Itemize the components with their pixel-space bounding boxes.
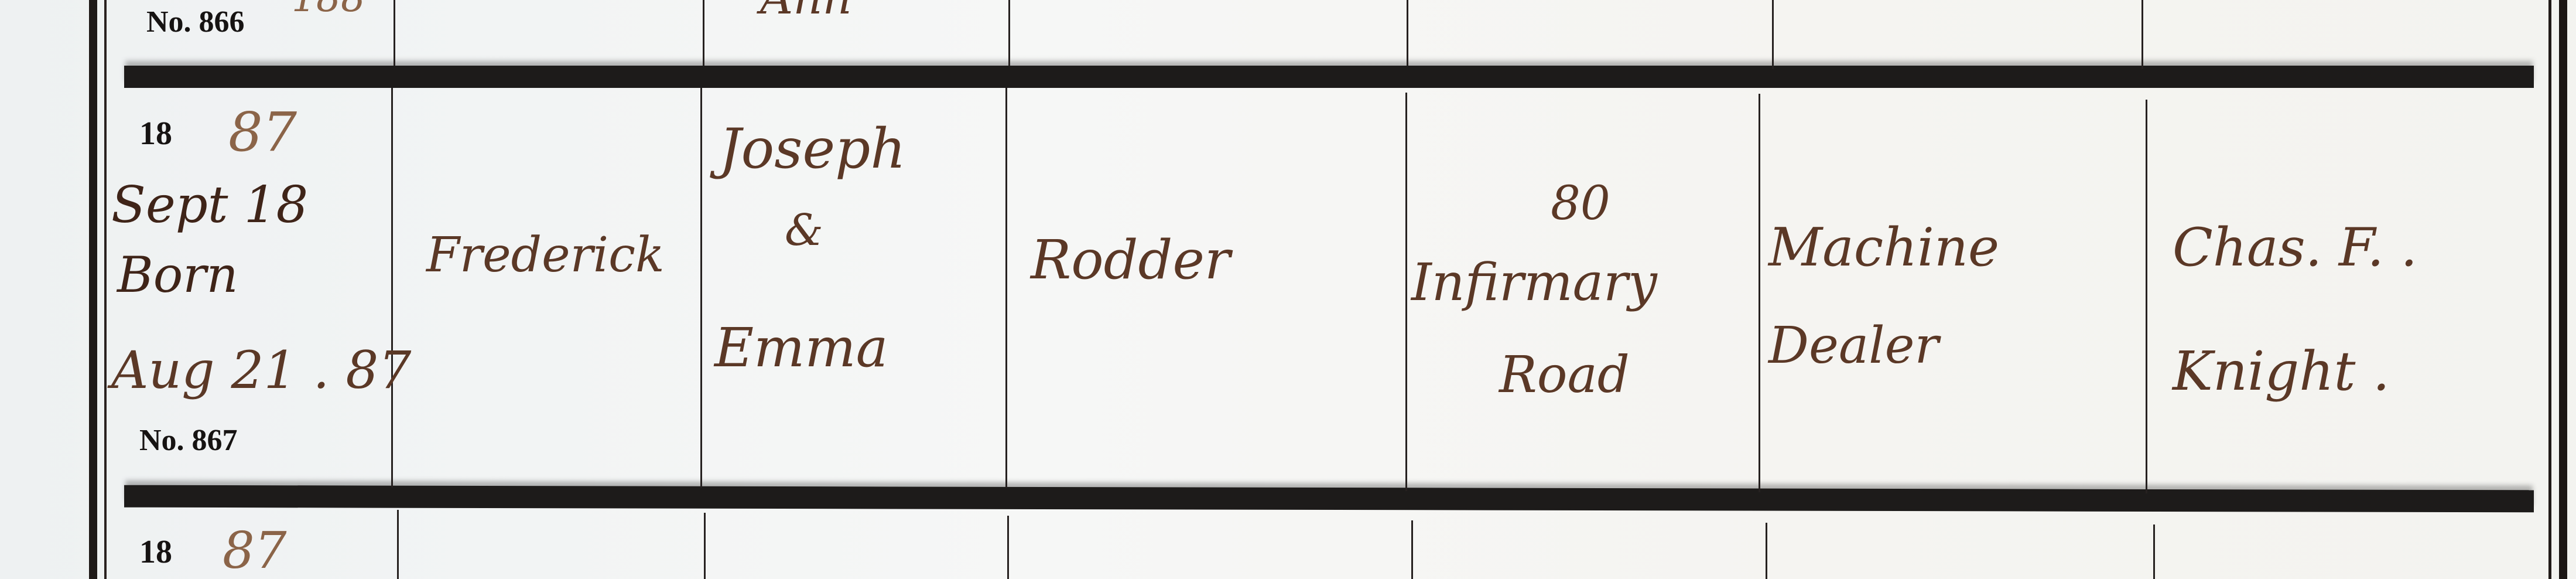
born-label: Born [117,246,238,304]
column-rule [1407,0,1408,66]
abode-number: 80 [1551,176,1610,230]
column-rule [1411,520,1413,579]
column-rule [394,0,395,66]
previous-year-fragment: 188 [292,0,365,21]
column-rule [391,88,393,488]
next-year-printed: 18 [139,533,172,571]
officiant-line2: Knight . [2173,340,2390,403]
column-rule [703,0,704,66]
column-rule [1007,516,1009,579]
year-handwritten: 87 [228,101,297,164]
left-frame-rule-inner [104,0,107,579]
next-year-handwritten: 87 [223,522,286,579]
register-page: No. 866 188 Ann 18 87 Sept 18 Born Aug 2… [0,0,2576,579]
birth-date: Aug 21 . 87 [111,340,411,400]
column-rule [1759,94,1760,492]
child-name: Frederick [426,227,665,283]
column-rule [2141,0,2143,69]
right-frame-rule-outer [2559,0,2567,579]
abode-street-line2: Road [1499,346,1630,404]
previous-parents-fragment: Ann [760,0,852,25]
baptism-date: Sept 18 [111,176,308,234]
column-rule [1008,0,1010,66]
column-rule [700,88,702,488]
surname: Rodder [1031,229,1230,291]
previous-entry-number: No. 866 [146,5,245,39]
abode-street-line1: Infirmary [1411,252,1657,312]
column-rule [1766,523,1767,579]
row-separator-top [124,66,2534,88]
column-rule [704,513,706,579]
mother-name: Emma [714,316,888,379]
occupation-line1: Machine [1768,217,1999,278]
entry-number: No. 867 [139,423,238,458]
officiant-line1: Chas. F. . [2173,217,2417,278]
left-frame-rule-outer [89,0,97,579]
column-rule [1005,88,1007,488]
column-rule [2146,100,2147,493]
column-rule [1772,0,1774,69]
column-rule [397,510,399,579]
parents-conjunction: & [785,205,823,256]
column-rule [2153,524,2155,579]
occupation-line2: Dealer [1768,316,1939,375]
column-rule [1405,93,1407,491]
row-separator-bottom [124,485,2534,513]
year-printed: 18 [139,115,172,152]
right-frame-rule-inner [2548,0,2551,579]
father-name: Joseph [719,117,906,181]
